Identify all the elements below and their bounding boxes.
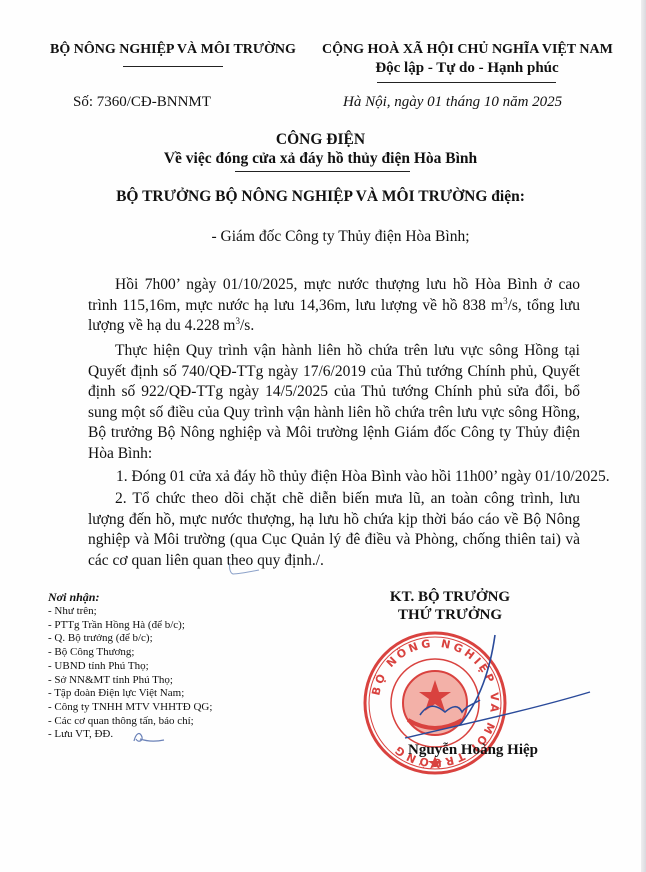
paragraph-basis: Thực hiện Quy trình vận hành liên hồ chứ… (88, 341, 580, 464)
recipients-title: Nơi nhận: (48, 590, 99, 605)
recipients-list: - Như trên; - PTTg Trần Hồng Hà (để b/c)… (48, 605, 212, 742)
directive-item-1: 1. Đóng 01 cửa xả đáy hồ thủy điện Hòa B… (116, 468, 610, 486)
recipient-item: - Sở NN&MT tỉnh Phú Thọ; (48, 674, 212, 688)
signature-role: THỨ TRƯỞNG (380, 607, 520, 624)
recipient-item: - Như trên; (48, 605, 212, 619)
handwritten-signature-icon (400, 630, 600, 750)
national-title: CỘNG HOÀ XÃ HỘI CHỦ NGHĨA VIỆT NAM (322, 42, 612, 58)
signer-name: Nguyễn Hoàng Hiệp (408, 742, 538, 759)
motto-underline (377, 82, 556, 83)
recipient-item: - Bộ Công Thương; (48, 646, 212, 660)
recipient-item: - Tập đoàn Điện lực Việt Nam; (48, 687, 212, 701)
document-number: Số: 7360/CĐ-BNNMT (73, 94, 211, 111)
recipient-item: - Công ty TNHH MTV VHHTĐ QG; (48, 701, 212, 715)
document-page: BỘ NÔNG NGHIỆP VÀ MÔI TRƯỜNG CỘNG HOÀ XÃ… (0, 0, 641, 872)
agency-underline (123, 66, 223, 67)
national-motto: Độc lập - Tự do - Hạnh phúc (322, 60, 612, 77)
directive-item-2: 2. Tổ chức theo dõi chặt chẽ diễn biến m… (88, 489, 580, 571)
page-edge (641, 0, 646, 872)
issuing-agency: BỘ NÔNG NGHIỆP VÀ MÔI TRƯỜNG (50, 42, 255, 58)
document-type: CÔNG ĐIỆN (0, 131, 641, 149)
recipient-item: - PTTg Trần Hồng Hà (để b/c); (48, 619, 212, 633)
document-sender: BỘ TRƯỞNG BỘ NÔNG NGHIỆP VÀ MÔI TRƯỜNG đ… (0, 188, 641, 206)
document-recipient: - Giám đốc Công ty Thủy điện Hòa Bình; (0, 228, 641, 246)
recipient-item: - Q. Bộ trưởng (để b/c); (48, 632, 212, 646)
subject-underline (235, 171, 410, 172)
signature-title: KT. BỘ TRƯỞNG (380, 589, 520, 606)
handwritten-mark-icon (227, 561, 261, 577)
recipient-item: - UBND tỉnh Phú Thọ; (48, 660, 212, 674)
paragraph-situation: Hồi 7h00’ ngày 01/10/2025, mực nước thượ… (88, 275, 580, 337)
document-subject: Về việc đóng cửa xả đáy hồ thủy điện Hòa… (0, 150, 641, 168)
initials-mark-icon (128, 727, 168, 749)
place-date: Hà Nội, ngày 01 tháng 10 năm 2025 (343, 94, 562, 111)
